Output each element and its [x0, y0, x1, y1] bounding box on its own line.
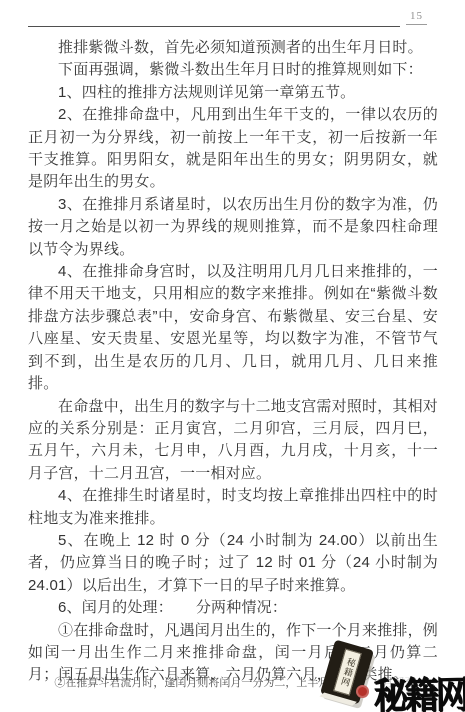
rule-item-5: 5、在晚上 12 时 0 分（24 小时制为 24.00）以前出生者，仍应算当日…	[28, 530, 438, 597]
paragraph-intro-2: 下面再强调，紫微斗数出生年月日时的推算规则如下：	[28, 59, 438, 81]
scanned-book-page: { "page": { "number": "15" }, "content":…	[0, 0, 465, 712]
rule-item-3: 3、在推排月系诸星时，以农历出生月份的数字为准，仍按一月之始是以初一为界线的规则…	[28, 194, 438, 261]
rule-item-4b: 4、在推排生时诸星时，时支均按上章推排出四柱中的时柱地支为准来推排。	[28, 485, 438, 530]
rule-item-4: 4、在推排命身宫时，以及注明用几月几日来推排的，一律不用天干地支，只用相应的数字…	[28, 261, 438, 395]
rule-item-2: 2、在推排命盘中，凡用到出生年干支的，一律以农历的正月初一为分界线，初一前按上一…	[28, 104, 438, 194]
footnote-text: ②在推算斗君流月时，逢闰月则将闰月一分为二，上半月自	[54, 677, 340, 689]
page-number: 15	[406, 10, 427, 25]
page-text: 推排紫微斗数，首先必须知道预测者的出生年月日时。 下面再强调，紫微斗数出生年月日…	[28, 37, 438, 687]
rule-item-6: 6、闰月的处理： 分两种情况：	[28, 597, 438, 619]
paragraph-intro-1: 推排紫微斗数，首先必须知道预测者的出生年月日时。	[28, 37, 438, 59]
header-rule	[28, 26, 400, 27]
rule-item-1: 1、四柱的推排方法规则详见第一章第五节。	[28, 82, 438, 104]
watermark-site-name: 秘籍网	[373, 664, 465, 712]
red-seal-icon	[356, 685, 369, 698]
paragraph-month-branch-mapping: 在命盘中，出生月的数字与十二地支宫需对照时，其相对应的关系分别是：正月寅宫，二月…	[28, 396, 438, 486]
